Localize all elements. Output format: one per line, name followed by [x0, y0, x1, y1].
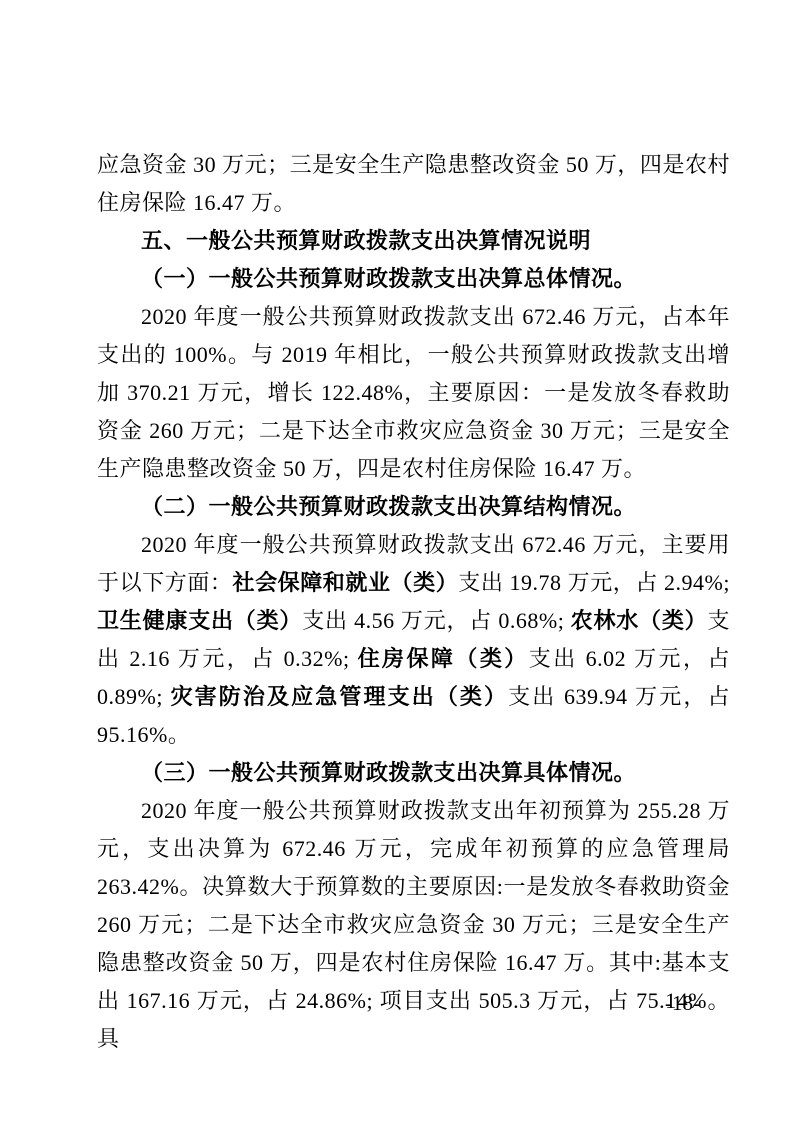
- page-number: -18-: [665, 991, 700, 1015]
- page-footer: -18-: [665, 985, 700, 1021]
- body-paragraph: 2020 年度一般公共预算财政拨款支出 672.46 万元，占本年支出的 100…: [97, 298, 730, 488]
- bold-text-run: 灾害防治及应急管理支出（类）: [171, 684, 509, 709]
- text-run: 2020 年度一般公共预算财政拨款支出 672.46 万元，占本年支出的 100…: [97, 304, 730, 481]
- bold-text-run: 社会保障和就业（类）: [232, 570, 458, 595]
- body-paragraph: 2020 年度一般公共预算财政拨款支出 672.46 万元，主要用于以下方面：社…: [97, 526, 730, 754]
- section-heading: （一）一般公共预算财政拨款支出决算总体情况。: [97, 260, 730, 298]
- section-heading: （二）一般公共预算财政拨款支出决算结构情况。: [97, 488, 730, 526]
- text-run: 支出 19.78 万元，占 2.94%;: [458, 570, 730, 595]
- bold-text-run: 五、一般公共预算财政拨款支出决算情况说明: [141, 228, 591, 253]
- body-paragraph: 应急资金 30 万元；三是安全生产隐患整改资金 50 万，四是农村住房保险 16…: [97, 146, 730, 222]
- document-body: 应急资金 30 万元；三是安全生产隐患整改资金 50 万，四是农村住房保险 16…: [97, 146, 730, 1058]
- text-run: 应急资金 30 万元；三是安全生产隐患整改资金 50 万，四是农村住房保险 16…: [97, 152, 730, 215]
- bold-text-run: 农林水（类）: [571, 608, 708, 633]
- section-heading: （三）一般公共预算财政拨款支出决算具体情况。: [97, 754, 730, 792]
- bold-text-run: 住房保障（类）: [358, 646, 529, 671]
- bold-text-run: （二）一般公共预算财政拨款支出决算结构情况。: [141, 494, 636, 519]
- section-heading: 五、一般公共预算财政拨款支出决算情况说明: [97, 222, 730, 260]
- bold-text-run: 卫生健康支出（类）: [97, 608, 302, 633]
- text-run: 支出 4.56 万元，占 0.68%;: [302, 608, 570, 633]
- document-page: 应急资金 30 万元；三是安全生产隐患整改资金 50 万，四是农村住房保险 16…: [0, 0, 793, 1122]
- body-paragraph: 2020 年度一般公共预算财政拨款支出年初预算为 255.28 万元，支出决算为…: [97, 792, 730, 1058]
- bold-text-run: （三）一般公共预算财政拨款支出决算具体情况。: [141, 760, 636, 785]
- text-run: 2020 年度一般公共预算财政拨款支出年初预算为 255.28 万元，支出决算为…: [97, 798, 730, 1051]
- bold-text-run: （一）一般公共预算财政拨款支出决算总体情况。: [141, 266, 636, 291]
